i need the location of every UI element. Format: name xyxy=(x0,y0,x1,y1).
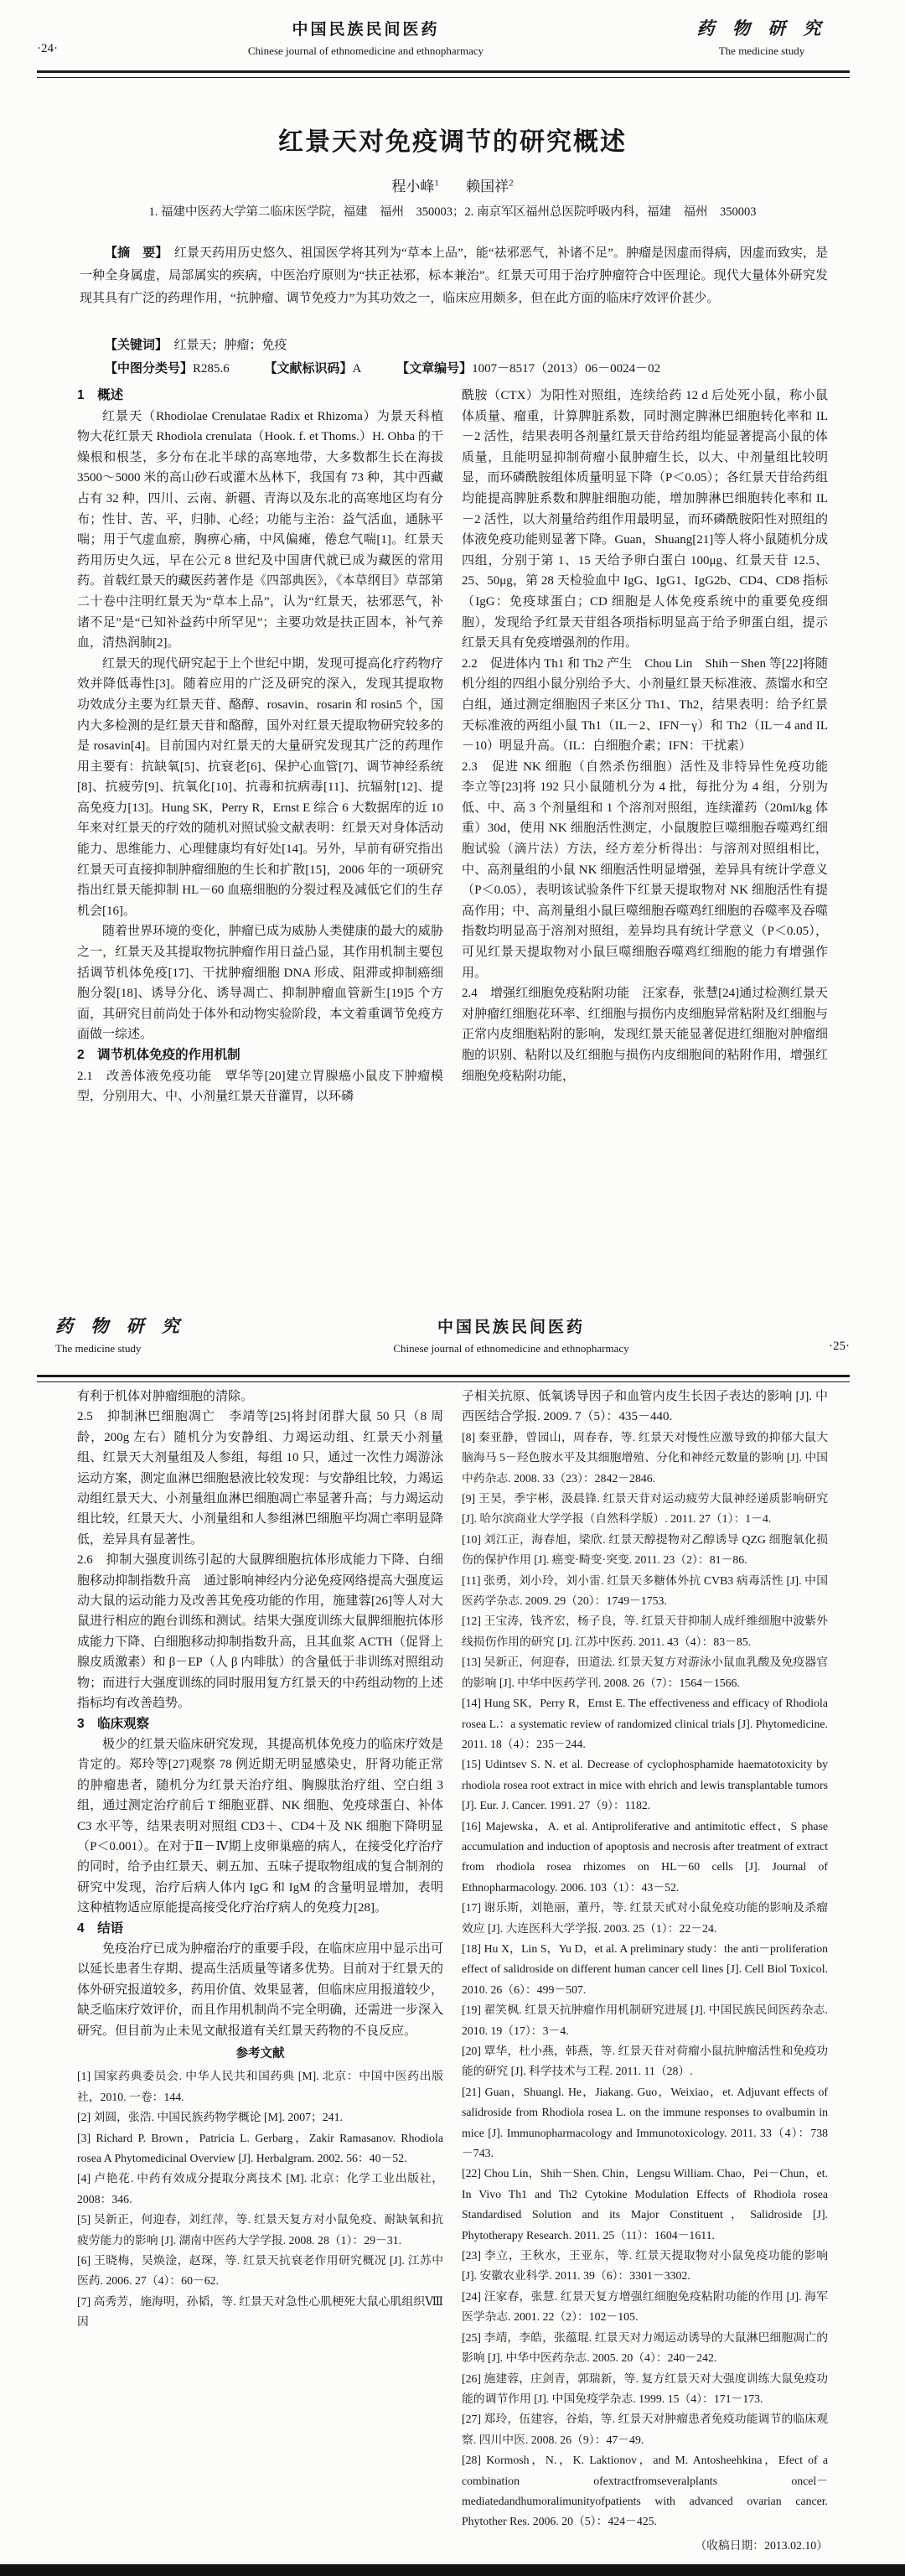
subsection-paragraph: 2.3 促进 NK 细胞（自然杀伤细胞）活性及非特异性免疫功能 李立等[23]将… xyxy=(462,757,828,984)
reference-item: [3] Richard P. Brown，Patricia L. Gerbarg… xyxy=(77,2128,443,2169)
reference-item: [26] 施建蓉，庄剑青，郭瑞新，等. 复方红景天对大强度训练大鼠免疫功能的调节… xyxy=(462,2369,828,2410)
journal-name-en: Chinese journal of ethnomedicine and eth… xyxy=(58,44,674,58)
reference-item: [15] Udintsev S. N. et al. Decrease of c… xyxy=(462,1754,828,1816)
scan-edge-bar xyxy=(0,2564,905,2576)
references-heading: 参考文献 xyxy=(77,2044,443,2064)
clc-number: 【中图分类号】R285.6 xyxy=(105,362,230,376)
column-masthead-en: The medicine study xyxy=(55,1342,240,1355)
clc-value: R285.6 xyxy=(193,362,230,376)
header-rule xyxy=(37,1375,850,1382)
page1-number: ·24· xyxy=(37,42,58,58)
reference-item: [19] 翟笑枫. 红景天抗肿瘤作用机制研究进展 [J]. 中国民族民间医药杂志… xyxy=(462,2000,828,2041)
paragraph: 红景天（Rhodiolae Crenulatae Radix et Rhizom… xyxy=(77,407,443,654)
article-id-label: 【文章编号】 xyxy=(396,361,472,376)
reference-item: [10] 刘江正，海春旭，梁欣. 红景天醇提物对乙醇诱导 QZG 细胞氧化损伤的… xyxy=(462,1530,828,1571)
paragraph: 免疫治疗已成为肿瘤治疗的重要手段，在临床应用中显示出可以延长患者生存期、提高生活… xyxy=(77,1939,443,2041)
subsection-paragraph: 2.2 促进体内 Th1 和 Th2 产生 Chou Lin Shih－Shen… xyxy=(462,654,828,757)
reference-item: [6] 王晓梅，吴焕淦，赵琛，等. 红景天抗衰老作用研究概况 [J]. 江苏中医… xyxy=(77,2251,443,2292)
author-name: 赖国祥 xyxy=(466,179,509,194)
document-code-value: A xyxy=(353,362,362,376)
reference-item: [13] 吴新正，何迎春，田道法. 红景天复方对游泳小鼠血乳酸及免疫器官的影响 … xyxy=(462,1652,828,1693)
column-masthead-en: The medicine study xyxy=(674,44,850,58)
scanned-journal-page: ·24· 中国民族民间医药 Chinese journal of ethnome… xyxy=(0,0,905,2576)
paragraph: 红景天的现代研究起于上个世纪中期，发现可提高化疗药物疗效并降低毒性[3]。随着应… xyxy=(77,654,443,922)
abstract-text: 红景天药用历史悠久、祖国医学将其列为“草本上品”，能“祛邪恶气，补诸不足”。肿瘤… xyxy=(80,246,828,305)
author-name: 程小峰 xyxy=(391,179,434,194)
article-id-value: 1007－8517（2013）06－0024－02 xyxy=(472,362,660,376)
reference-item: [28] Kormosh，N.，K. Laktionov，and M. Anto… xyxy=(462,2450,828,2532)
document-code: 【文献标识码】A xyxy=(265,362,362,376)
abstract-label: 【摘 要】 xyxy=(105,246,174,260)
reference-item: [27] 郑玲，伍建容，谷焰，等. 红景天对肿瘤患者免疫功能调节的临床观察. 四… xyxy=(462,2409,828,2450)
reference-item: [21] Guan，Shuangl. He，Jiakang. Guo，Weixi… xyxy=(462,2082,828,2164)
header-rule xyxy=(37,70,850,78)
reference-item: [2] 刘圆，张浩. 中国民族药物学概论 [M]. 2007；241. xyxy=(77,2107,443,2128)
paragraph: 极少的红景天临床研究发现，其提高机体免疫力的临床疗效是肯定的。郑玲等[27]观察… xyxy=(77,1734,443,1919)
subsection-paragraph: 2.1 改善体液免疫功能 覃华等[20]建立胃腺癌小鼠皮下肿瘤模型，分别用大、中… xyxy=(77,1066,443,1107)
author: 赖国祥2 xyxy=(466,179,514,194)
reference-item: [17] 谢乐斯，刘艳丽，董丹，等. 红景天甙对小鼠免疫功能的影响及杀瘤效应 [… xyxy=(462,1898,828,1939)
reference-item: [24] 汪家春，张慧. 红景天复方增强红细胞免疫粘附功能的作用 [J]. 海军… xyxy=(462,2287,828,2328)
abstract: 【摘 要】 红景天药用历史悠久、祖国医学将其列为“草本上品”，能“祛邪恶气，补诸… xyxy=(80,241,828,310)
subsection-paragraph: 2.4 增强红细胞免疫粘附功能 汪家春，张慧[24]通过检测红景天对肿瘤红细胞花… xyxy=(462,983,828,1086)
journal-name-cn: 中国民族民间医药 xyxy=(240,1314,783,1337)
column-masthead-cn: 药 物 研 究 xyxy=(674,15,850,40)
continued-paragraph: 酰胺（CTX）为阳性对照组，连续给药 12 d 后处死小鼠，称小鼠体质量、瘤重，… xyxy=(462,386,828,654)
column-masthead-cn: 药 物 研 究 xyxy=(55,1313,240,1338)
page2-header: 药 物 研 究 The medicine study 中国民族民间医药 Chin… xyxy=(55,1313,850,1355)
meta-line: 【中图分类号】R285.6 【文献标识码】A 【文章编号】1007－8517（2… xyxy=(80,359,828,376)
reference-item: [18] Hu X，Lin S，Yu D，et al. A preliminar… xyxy=(462,1939,828,2000)
journal-name-cn: 中国民族民间医药 xyxy=(58,17,674,39)
reference-item: [12] 王宝涛，钱齐宏，杨子良，等. 红景天苷抑制人成纤维细胞中波紫外线损伤作… xyxy=(462,1611,828,1652)
journal-title-block: 中国民族民间医药 Chinese journal of ethnomedicin… xyxy=(240,1314,783,1355)
page1-body: 1 概述红景天（Rhodiolae Crenulatae Radix et Rh… xyxy=(77,386,828,1247)
reference-item: [11] 张勇，刘小玲，刘小雷. 红景天多糖体外抗 CVB3 病毒活性 [J].… xyxy=(462,1571,828,1612)
subsection-paragraph: 2.5 抑制淋巴细胞凋亡 李靖等[25]将封闭群大鼠 50 只（8 周龄，200… xyxy=(77,1407,443,1550)
document-code-label: 【文献标识码】 xyxy=(265,361,353,376)
author-affiliation-mark: 1 xyxy=(434,178,439,188)
reference-item: [1] 国家药典委员会. 中华人民共和国药典 [M]. 北京：中国中医药出版社，… xyxy=(77,2066,443,2107)
page2-body: 有利于机体对肿瘤细胞的清除。2.5 抑制淋巴细胞凋亡 李靖等[25]将封闭群大鼠… xyxy=(77,1386,828,2558)
section-heading: 4 结语 xyxy=(77,1919,443,1939)
page2-left-column: 有利于机体对肿瘤细胞的清除。2.5 抑制淋巴细胞凋亡 李靖等[25]将封闭群大鼠… xyxy=(77,1386,443,2558)
section-heading: 1 概述 xyxy=(77,386,443,407)
section-heading: 3 临床观察 xyxy=(77,1714,443,1734)
reference-item: [20] 覃华，杜小燕，韩燕，等. 红景天苷对荷瘤小鼠抗肿瘤活性和免疫功能的研究… xyxy=(462,2041,828,2082)
subsection-paragraph: 2.6 抑制大强度训练引起的大鼠脾细胞抗体形成能力下降、白细胞移动抑制指数升高 … xyxy=(77,1550,443,1713)
page1-right-column: 酰胺（CTX）为阳性对照组，连续给药 12 d 后处死小鼠，称小鼠体质量、瘤重，… xyxy=(462,386,828,1247)
reference-item: [22] Chou Lin，Shih－Shen. Chin，Lengsu Wil… xyxy=(462,2164,828,2246)
article-title: 红景天对免疫调节的研究概述 xyxy=(0,121,905,158)
paragraph: 随着世界环境的变化，肿瘤已成为威胁人类健康的最大的威胁之一，红景天及其提取物抗肿… xyxy=(77,921,443,1045)
reference-item: [9] 王昊，季宇彬，汲晨锋. 红景天苷对运动疲劳大鼠神经递质影响研究 [J].… xyxy=(462,1489,828,1530)
reference-item: [23] 李立，王秋水，王亚东，等. 红景天提取物对小鼠免疫功能的影响 [J].… xyxy=(462,2246,828,2287)
page2-right-column: 子相关抗原、低氧诱导因子和血管内皮生长因子表达的影响 [J]. 中西医结合学报.… xyxy=(462,1386,828,2558)
continued-paragraph: 子相关抗原、低氧诱导因子和血管内皮生长因子表达的影响 [J]. 中西医结合学报.… xyxy=(462,1386,828,1428)
page2-number: ·25· xyxy=(783,1340,850,1355)
keywords-text: 红景天；肿瘤；免疫 xyxy=(174,339,287,352)
reference-item: [7] 高秀芳，施海明，孙韬，等. 红景天对急性心肌梗死大鼠心肌组织Ⅷ因 xyxy=(77,2292,443,2333)
journal-title-block: 中国民族民间医药 Chinese journal of ethnomedicin… xyxy=(58,17,674,58)
keywords-label: 【关键词】 xyxy=(105,338,174,352)
section-heading: 2 调节机体免疫的作用机制 xyxy=(77,1045,443,1066)
reference-item: [5] 吴新正，何迎春，刘红萍，等. 红景天复方对小鼠免疫、耐缺氧和抗疲劳能力的… xyxy=(77,2210,443,2251)
column-masthead-block: 药 物 研 究 The medicine study xyxy=(674,15,850,58)
keywords-line: 【关键词】 红景天；肿瘤；免疫 xyxy=(80,335,828,353)
author: 程小峰1 xyxy=(391,179,439,194)
reference-item: [4] 卢艳花. 中药有效成分提取分离技术 [M]. 北京：化学工业出版社，20… xyxy=(77,2169,443,2210)
page1-header: ·24· 中国民族民间医药 Chinese journal of ethnome… xyxy=(37,15,850,58)
affiliation-line: 1. 福建中医药大学第二临床医学院，福建 福州 350003；2. 南京军区福州… xyxy=(0,202,905,220)
column-masthead-block: 药 物 研 究 The medicine study xyxy=(55,1313,240,1355)
article-id: 【文章编号】1007－8517（2013）06－0024－02 xyxy=(396,362,660,376)
reference-item: [14] Hung SK，Perry R，Ernst E. The effect… xyxy=(462,1693,828,1754)
received-date: （收稿日期：2013.02.10） xyxy=(462,2536,828,2556)
journal-name-en: Chinese journal of ethnomedicine and eth… xyxy=(240,1342,783,1355)
reference-item: [16] Majewska，A. et al. Antiproliferativ… xyxy=(462,1817,828,1899)
reference-item: [25] 李靖，李皓，张蕴琨. 红景天对力竭运动诱导的大鼠淋巴细胞凋亡的影响 [… xyxy=(462,2328,828,2369)
continued-paragraph: 有利于机体对肿瘤细胞的清除。 xyxy=(77,1386,443,1407)
clc-label: 【中图分类号】 xyxy=(105,361,193,376)
reference-item: [8] 秦亚静，曾园山，周春春，等. 红景天对慢性应激导致的抑郁大鼠大脑海马 5… xyxy=(462,1428,828,1489)
author-affiliation-mark: 2 xyxy=(509,178,514,188)
author-line: 程小峰1 赖国祥2 xyxy=(0,174,905,195)
page1-left-column: 1 概述红景天（Rhodiolae Crenulatae Radix et Rh… xyxy=(77,386,443,1247)
